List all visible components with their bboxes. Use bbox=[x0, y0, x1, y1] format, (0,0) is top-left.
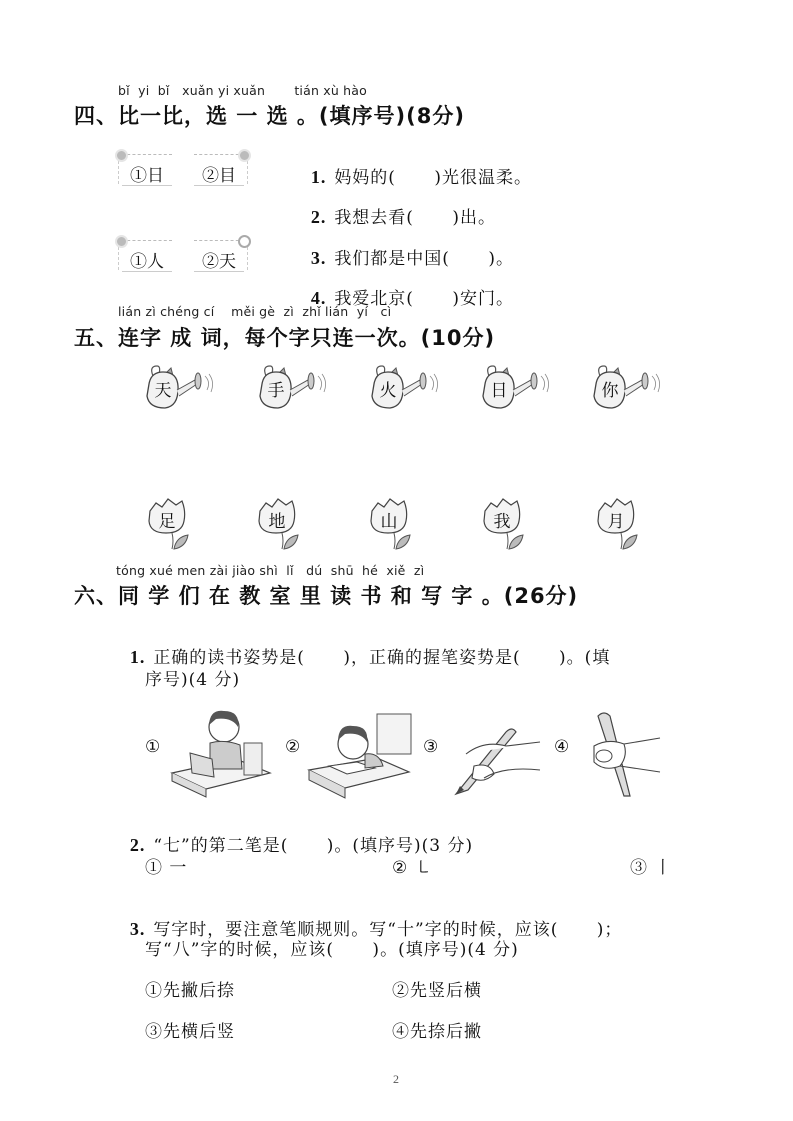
picture-label-2: ② bbox=[285, 737, 301, 757]
picture-label-1: ① bbox=[145, 737, 161, 757]
section4-pinyin: bǐ yi bǐ xuǎn yi xuǎn tián xù hào bbox=[118, 83, 367, 98]
option-box-ren: ①人 bbox=[116, 236, 178, 276]
s4-question-4: 4.我爱北京( )安门。 bbox=[298, 264, 514, 309]
s6-question-2: 2.“七”的第二笔是( )。(填序号)(3 分) bbox=[117, 811, 473, 856]
s6-question-1-line2: 序号)(4 分) bbox=[145, 665, 240, 690]
flower-wo[interactable]: 我 bbox=[481, 497, 541, 559]
option-ri-label: ①日 bbox=[116, 161, 178, 186]
q2-option-2: ② ㇄ bbox=[392, 853, 433, 878]
s6-question-3-line1: 3.写字时，要注意笔顺规则。写“十”字的时候，应该( )； bbox=[117, 895, 622, 940]
section6-pinyin: tóng xué men zài jiào shì lǐ dú shū hé x… bbox=[116, 563, 424, 578]
watering-can-shou[interactable]: 手 bbox=[256, 362, 336, 422]
option-box-ri: ①日 bbox=[116, 150, 178, 190]
watering-can-ni[interactable]: 你 bbox=[590, 362, 670, 422]
section5-heading: 五、连字 成 词，每个字只连一次。(10分) bbox=[74, 322, 495, 352]
watering-can-ri[interactable]: 日 bbox=[479, 362, 559, 422]
flower-char: 足 bbox=[150, 507, 184, 532]
q3-option-2: ②先竖后横 bbox=[392, 976, 482, 1001]
s4-question-3: 3.我们都是中国( )。 bbox=[298, 224, 514, 269]
section4-heading: 四、比一比，选 一 选 。(填序号)(8分) bbox=[74, 100, 465, 130]
can-char: 日 bbox=[483, 376, 515, 401]
option-box-tian: ②天 bbox=[188, 236, 250, 276]
flower-di[interactable]: 地 bbox=[256, 497, 316, 559]
can-char: 天 bbox=[147, 376, 179, 401]
q2-option-3: ③ 丨 bbox=[630, 853, 672, 878]
can-char: 手 bbox=[260, 376, 292, 401]
s4-question-2: 2.我想去看( )出。 bbox=[298, 183, 496, 228]
picture-boy-reading-upright bbox=[166, 703, 274, 798]
watering-can-huo[interactable]: 火 bbox=[368, 362, 448, 422]
flower-char: 山 bbox=[372, 507, 406, 532]
s6-question-1-line1: 1.正确的读书姿势是( )，正确的握笔姿势是( )。(填 bbox=[117, 623, 610, 668]
option-ren-label: ①人 bbox=[116, 247, 178, 272]
option-tian-label: ②天 bbox=[188, 247, 250, 272]
picture-label-3: ③ bbox=[423, 737, 439, 757]
flower-yue[interactable]: 月 bbox=[595, 497, 655, 559]
picture-correct-pen-grip bbox=[444, 718, 544, 798]
q3-option-1: ①先撇后捺 bbox=[145, 976, 235, 1001]
page-number: 2 bbox=[393, 1072, 399, 1087]
s6-question-3-line2: 写“八”字的时候，应该( )。(填序号)(4 分) bbox=[145, 935, 519, 960]
can-char: 火 bbox=[372, 376, 404, 401]
flower-shan[interactable]: 山 bbox=[368, 497, 428, 559]
q3-option-3: ③先横后竖 bbox=[145, 1017, 235, 1042]
section6-heading: 六、同 学 们 在 教 室 里 读 书 和 写 字 。(26分) bbox=[74, 580, 578, 610]
can-char: 你 bbox=[594, 376, 626, 401]
flower-char: 地 bbox=[260, 507, 294, 532]
flower-char: 月 bbox=[599, 507, 633, 532]
s4-question-1: 1.妈妈的( )光很温柔。 bbox=[298, 143, 532, 188]
option-box-mu: ②目 bbox=[188, 150, 250, 190]
picture-boy-leaning-over bbox=[305, 710, 413, 800]
q2-option-1: ① 一 bbox=[145, 853, 187, 878]
section5-pinyin: lián zì chéng cí měi gè zì zhǐ lián yí c… bbox=[118, 304, 391, 319]
flower-char: 我 bbox=[485, 507, 519, 532]
flower-zu[interactable]: 足 bbox=[146, 497, 206, 559]
q3-option-4: ④先捺后撇 bbox=[392, 1017, 482, 1042]
watering-can-tian[interactable]: 天 bbox=[143, 362, 223, 422]
picture-label-4: ④ bbox=[554, 737, 570, 757]
picture-fist-pen-grip bbox=[584, 710, 664, 800]
option-mu-label: ②目 bbox=[188, 161, 250, 186]
